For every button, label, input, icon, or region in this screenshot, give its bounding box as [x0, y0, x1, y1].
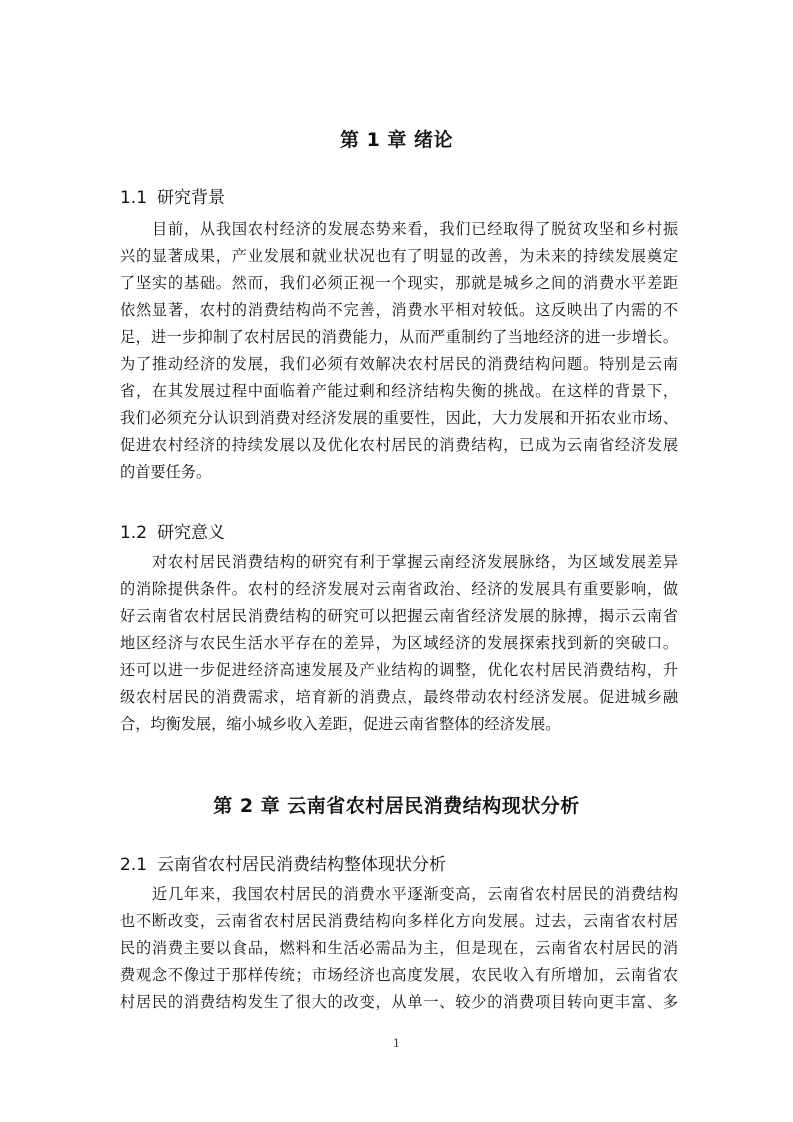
section-2-1-heading: 2.1云南省农村居民消费结构整体现状分析 — [120, 850, 446, 875]
chapter-2-title: 第 2 章 云南省农村居民消费结构现状分析 — [0, 791, 793, 818]
text-line: 促进农村经济的持续发展以及优化农村居民的消费结构，已成为云南省经济发展 — [120, 432, 678, 459]
text-line: 也不断改变，云南省农村居民消费结构向多样化方向发展。过去，云南省农村居 — [120, 908, 678, 935]
text-line: 对农村居民消费结构的研究有利于掌握云南经济发展脉络，为区域发展差异 — [120, 549, 678, 576]
section-title: 研究背景 — [157, 188, 225, 208]
text-line: 还可以进一步促进经济高速发展及产业结构的调整，优化农村居民消费结构，升 — [120, 657, 678, 684]
section-title: 云南省农村居民消费结构整体现状分析 — [157, 855, 446, 875]
text-line: 费观念不像过于那样传统；市场经济也高度发展，农民收入有所增加，云南省农 — [120, 962, 678, 989]
text-line: 的首要任务。 — [120, 459, 678, 486]
chapter-1-title: 第 1 章 绪论 — [0, 125, 793, 152]
text-line: 民的消费主要以食品，燃料和生活必需品为主，但是现在，云南省农村居民的消 — [120, 935, 678, 962]
text-line: 地区经济与农民生活水平存在的差异，为区域经济的发展探索找到新的突破口。 — [120, 630, 678, 657]
section-1-1-heading: 1.1研究背景 — [120, 183, 225, 208]
text-line: 目前，从我国农村经济的发展态势来看，我们已经取得了脱贫攻坚和乡村振 — [120, 216, 678, 243]
text-line: 我们必须充分认识到消费对经济发展的重要性，因此，大力发展和开拓农业市场、 — [120, 405, 678, 432]
text-line: 为了推动经济的发展，我们必须有效解决农村居民的消费结构问题。特别是云南 — [120, 351, 678, 378]
section-number: 1.2 — [120, 523, 147, 543]
text-line: 合，均衡发展，缩小城乡收入差距，促进云南省整体的经济发展。 — [120, 711, 678, 738]
text-line: 的消除提供条件。农村的经济发展对云南省政治、经济的发展具有重要影响，做 — [120, 576, 678, 603]
text-line: 足，进一步抑制了农村居民的消费能力，从而严重制约了当地经济的进一步增长。 — [120, 324, 678, 351]
text-line: 省，在其发展过程中面临着产能过剩和经济结构失衡的挑战。在这样的背景下， — [120, 378, 678, 405]
text-line: 兴的显著成果，产业发展和就业状况也有了明显的改善，为未来的持续发展奠定 — [120, 243, 678, 270]
text-line: 了坚实的基础。然而，我们必须正视一个现实，那就是城乡之间的消费水平差距 — [120, 270, 678, 297]
text-line: 好云南省农村居民消费结构的研究可以把握云南省经济发展的脉搏，揭示云南省 — [120, 603, 678, 630]
section-1-2-heading: 1.2研究意义 — [120, 518, 225, 543]
text-line: 村居民的消费结构发生了很大的改变，从单一、较少的消费项目转向更丰富、多 — [120, 989, 678, 1016]
section-number: 2.1 — [120, 855, 147, 875]
document-page: 第 1 章 绪论 1.1研究背景 目前，从我国农村经济的发展态势来看，我们已经取… — [0, 0, 793, 1122]
text-line: 近几年来，我国农村居民的消费水平逐渐变高，云南省农村居民的消费结构 — [120, 881, 678, 908]
section-number: 1.1 — [120, 188, 147, 208]
text-line: 级农村居民的消费需求，培育新的消费点，最终带动农村经济发展。促进城乡融 — [120, 684, 678, 711]
paragraph-research-background: 目前，从我国农村经济的发展态势来看，我们已经取得了脱贫攻坚和乡村振 兴的显著成果… — [120, 216, 678, 486]
paragraph-overall-status: 近几年来，我国农村居民的消费水平逐渐变高，云南省农村居民的消费结构 也不断改变，… — [120, 881, 678, 1016]
section-title: 研究意义 — [157, 523, 225, 543]
page-number: 1 — [0, 1037, 793, 1050]
text-line: 依然显著，农村的消费结构尚不完善，消费水平相对较低。这反映出了内需的不 — [120, 297, 678, 324]
paragraph-research-significance: 对农村居民消费结构的研究有利于掌握云南经济发展脉络，为区域发展差异 的消除提供条… — [120, 549, 678, 738]
